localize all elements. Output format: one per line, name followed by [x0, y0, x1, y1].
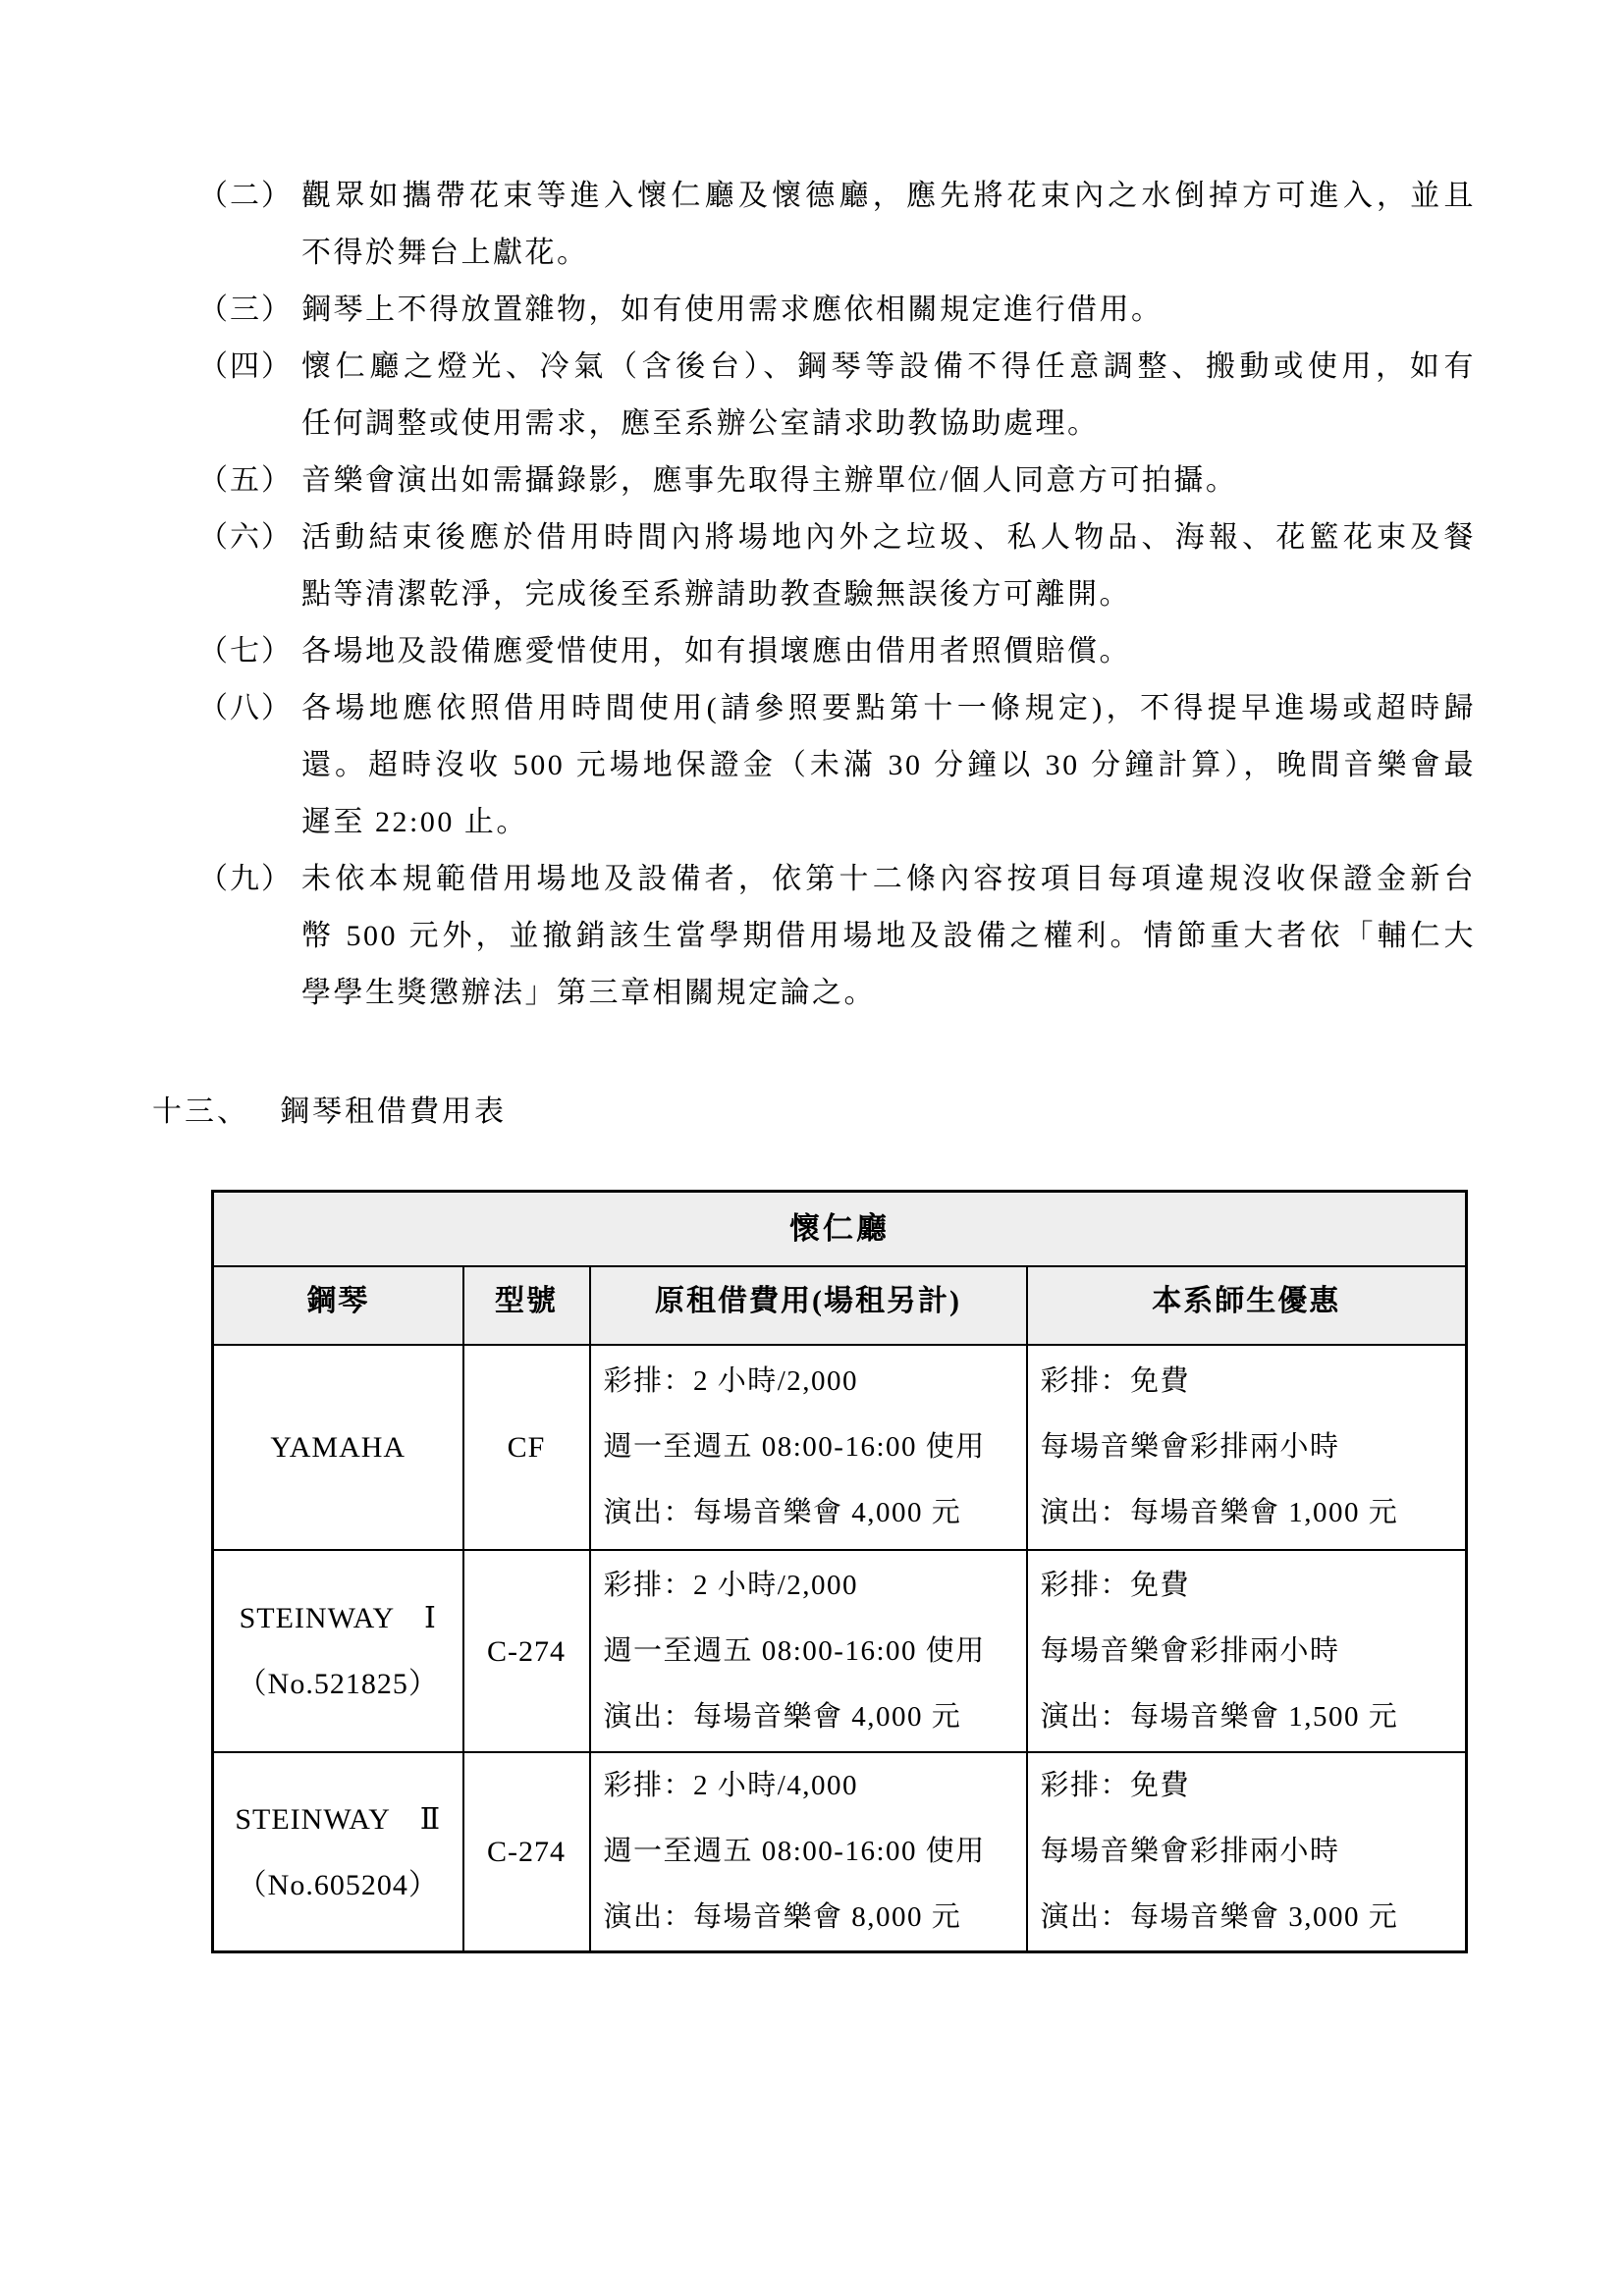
- rule-line: 任何調整或使用需求，應至系辦公室請求助教協助處理。: [301, 396, 1476, 453]
- rule-number: （二）: [198, 168, 301, 225]
- rule-item: （二） 觀眾如攜帶花束等進入懷仁廳及懷德廳，應先將花束內之水倒掉方可進入，並且 …: [198, 168, 1476, 282]
- model-cell: C-274: [463, 1752, 590, 1952]
- piano-name: STEINWAY Ⅱ: [214, 1787, 462, 1852]
- piano-fee-table: 懷仁廳 鋼琴 型號 原租借費用(場租另計) 本系師生優惠 YAMAHA CF 彩…: [211, 1190, 1468, 1953]
- rule-text: 鋼琴上不得放置雜物，如有使用需求應依相關規定進行借用。: [301, 282, 1476, 339]
- fee-line: 每場音樂會彩排兩小時: [1041, 1819, 1466, 1885]
- rule-line: 懷仁廳之燈光、冷氣（含後台）、鋼琴等設備不得任意調整、搬動或使用，如有: [301, 339, 1476, 396]
- piano-name: YAMAHA: [214, 1415, 462, 1480]
- rule-line: 點等清潔乾淨，完成後至系辦請助教查驗無誤後方可離開。: [301, 566, 1476, 623]
- rule-text: 各場地應依照借用時間使用(請參照要點第十一條規定)，不得提早進場或超時歸 還。超…: [301, 680, 1476, 851]
- model-name: CF: [464, 1415, 589, 1480]
- table-title: 懷仁廳: [213, 1192, 1467, 1267]
- fee-line: 週一至週五 08:00-16:00 使用: [604, 1819, 1026, 1885]
- fee-line: 演出：每場音樂會 4,000 元: [604, 1684, 1026, 1750]
- fee-line: 演出：每場音樂會 1,500 元: [1041, 1684, 1466, 1750]
- fee-line: 週一至週五 08:00-16:00 使用: [604, 1619, 1026, 1684]
- model-cell: CF: [463, 1345, 590, 1550]
- piano-cell: STEINWAY Ⅰ （No.521825）: [213, 1550, 463, 1752]
- rule-line: 音樂會演出如需攝錄影，應事先取得主辦單位/個人同意方可拍攝。: [301, 453, 1476, 509]
- rule-text: 觀眾如攜帶花束等進入懷仁廳及懷德廳，應先將花束內之水倒掉方可進入，並且 不得於舞…: [301, 168, 1476, 282]
- fee-line: 演出：每場音樂會 1,000 元: [1041, 1480, 1466, 1546]
- fee-line: 彩排：2 小時/4,000: [604, 1753, 1026, 1819]
- piano-serial: （No.521825）: [214, 1651, 462, 1717]
- table-row: STEINWAY Ⅱ （No.605204） C-274 彩排：2 小時/4,0…: [213, 1752, 1467, 1952]
- model-cell: C-274: [463, 1550, 590, 1752]
- rule-text: 各場地及設備應愛惜使用，如有損壞應由借用者照價賠償。: [301, 623, 1476, 680]
- rule-number: （六）: [198, 509, 301, 566]
- original-fee-cell: 彩排：2 小時/2,000 週一至週五 08:00-16:00 使用 演出：每場…: [590, 1345, 1027, 1550]
- rule-text: 活動結束後應於借用時間內將場地內外之垃圾、私人物品、海報、花籃花束及餐 點等清潔…: [301, 509, 1476, 623]
- piano-serial: （No.605204）: [214, 1852, 462, 1918]
- table-header-row: 鋼琴 型號 原租借費用(場租另計) 本系師生優惠: [213, 1266, 1467, 1345]
- rule-line: 學學生獎懲辦法」第三章相關規定論之。: [301, 965, 1476, 1022]
- column-header-discount: 本系師生優惠: [1027, 1266, 1467, 1345]
- piano-name: STEINWAY Ⅰ: [214, 1585, 462, 1651]
- fee-line: 彩排：免費: [1041, 1349, 1466, 1415]
- rule-line: 各場地應依照借用時間使用(請參照要點第十一條規定)，不得提早進場或超時歸: [301, 680, 1476, 737]
- fee-line: 彩排：免費: [1041, 1753, 1466, 1819]
- rule-number: （三）: [198, 282, 301, 339]
- column-header-piano: 鋼琴: [213, 1266, 463, 1345]
- fee-line: 每場音樂會彩排兩小時: [1041, 1415, 1466, 1480]
- rule-text: 音樂會演出如需攝錄影，應事先取得主辦單位/個人同意方可拍攝。: [301, 453, 1476, 509]
- table-row: YAMAHA CF 彩排：2 小時/2,000 週一至週五 08:00-16:0…: [213, 1345, 1467, 1550]
- discount-cell: 彩排：免費 每場音樂會彩排兩小時 演出：每場音樂會 3,000 元: [1027, 1752, 1467, 1952]
- rule-text: 懷仁廳之燈光、冷氣（含後台）、鋼琴等設備不得任意調整、搬動或使用，如有 任何調整…: [301, 339, 1476, 453]
- rule-line: 各場地及設備應愛惜使用，如有損壞應由借用者照價賠償。: [301, 623, 1476, 680]
- original-fee-cell: 彩排：2 小時/2,000 週一至週五 08:00-16:00 使用 演出：每場…: [590, 1550, 1027, 1752]
- rules-list: （二） 觀眾如攜帶花束等進入懷仁廳及懷德廳，應先將花束內之水倒掉方可進入，並且 …: [198, 168, 1476, 1022]
- document-page: { "colors":{ "text":"#000000", "table_he…: [0, 0, 1624, 2296]
- table-row: STEINWAY Ⅰ （No.521825） C-274 彩排：2 小時/2,0…: [213, 1550, 1467, 1752]
- rule-line: 未依本規範借用場地及設備者，依第十二條內容按項目每項違規沒收保證金新台: [301, 851, 1476, 908]
- rule-item: （四） 懷仁廳之燈光、冷氣（含後台）、鋼琴等設備不得任意調整、搬動或使用，如有 …: [198, 339, 1476, 453]
- fee-line: 演出：每場音樂會 8,000 元: [604, 1885, 1026, 1950]
- fee-line: 週一至週五 08:00-16:00 使用: [604, 1415, 1026, 1480]
- fee-line: 彩排：免費: [1041, 1553, 1466, 1619]
- rule-item: （七） 各場地及設備應愛惜使用，如有損壞應由借用者照價賠償。: [198, 623, 1476, 680]
- rule-line: 幣 500 元外，並撤銷該生當學期借用場地及設備之權利。情節重大者依「輔仁大: [301, 908, 1476, 965]
- model-name: C-274: [464, 1819, 589, 1885]
- section-title: 鋼琴租借費用表: [280, 1084, 507, 1141]
- rule-line: 觀眾如攜帶花束等進入懷仁廳及懷德廳，應先將花束內之水倒掉方可進入，並且: [301, 168, 1476, 225]
- discount-cell: 彩排：免費 每場音樂會彩排兩小時 演出：每場音樂會 1,500 元: [1027, 1550, 1467, 1752]
- rule-text: 未依本規範借用場地及設備者，依第十二條內容按項目每項違規沒收保證金新台 幣 50…: [301, 851, 1476, 1022]
- rule-item: （六） 活動結束後應於借用時間內將場地內外之垃圾、私人物品、海報、花籃花束及餐 …: [198, 509, 1476, 623]
- rule-line: 不得於舞台上獻花。: [301, 225, 1476, 282]
- rule-number: （四）: [198, 339, 301, 396]
- fee-line: 演出：每場音樂會 3,000 元: [1041, 1885, 1466, 1950]
- rule-line: 遲至 22:00 止。: [301, 794, 1476, 851]
- fee-line: 每場音樂會彩排兩小時: [1041, 1619, 1466, 1684]
- rule-item: （五） 音樂會演出如需攝錄影，應事先取得主辦單位/個人同意方可拍攝。: [198, 453, 1476, 509]
- column-header-original-fee: 原租借費用(場租另計): [590, 1266, 1027, 1345]
- fee-line: 彩排：2 小時/2,000: [604, 1349, 1026, 1415]
- rule-number: （七）: [198, 623, 301, 680]
- rule-line: 還。超時沒收 500 元場地保證金（未滿 30 分鐘以 30 分鐘計算），晚間音…: [301, 737, 1476, 794]
- fee-line: 演出：每場音樂會 4,000 元: [604, 1480, 1026, 1546]
- rule-number: （八）: [198, 680, 301, 737]
- piano-cell: YAMAHA: [213, 1345, 463, 1550]
- column-header-model: 型號: [463, 1266, 590, 1345]
- rule-number: （五）: [198, 453, 301, 509]
- rule-line: 鋼琴上不得放置雜物，如有使用需求應依相關規定進行借用。: [301, 282, 1476, 339]
- rule-item: （九） 未依本規範借用場地及設備者，依第十二條內容按項目每項違規沒收保證金新台 …: [198, 851, 1476, 1022]
- section-number: 十三、: [152, 1084, 280, 1141]
- rule-line: 活動結束後應於借用時間內將場地內外之垃圾、私人物品、海報、花籃花束及餐: [301, 509, 1476, 566]
- rule-number: （九）: [198, 851, 301, 908]
- rule-item: （三） 鋼琴上不得放置雜物，如有使用需求應依相關規定進行借用。: [198, 282, 1476, 339]
- discount-cell: 彩排：免費 每場音樂會彩排兩小時 演出：每場音樂會 1,000 元: [1027, 1345, 1467, 1550]
- rule-item: （八） 各場地應依照借用時間使用(請參照要點第十一條規定)，不得提早進場或超時歸…: [198, 680, 1476, 851]
- fee-line: 彩排：2 小時/2,000: [604, 1553, 1026, 1619]
- piano-cell: STEINWAY Ⅱ （No.605204）: [213, 1752, 463, 1952]
- table-title-row: 懷仁廳: [213, 1192, 1467, 1267]
- original-fee-cell: 彩排：2 小時/4,000 週一至週五 08:00-16:00 使用 演出：每場…: [590, 1752, 1027, 1952]
- section-heading: 十三、 鋼琴租借費用表: [152, 1084, 507, 1141]
- model-name: C-274: [464, 1619, 589, 1684]
